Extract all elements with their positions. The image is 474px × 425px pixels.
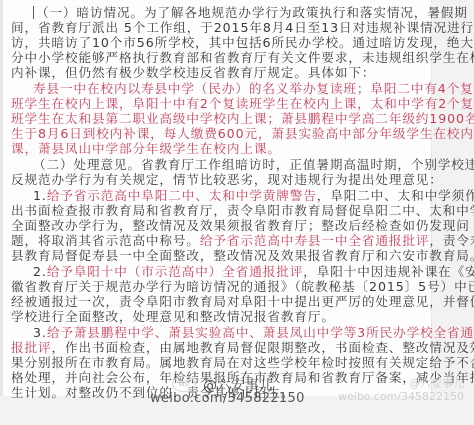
item-1-line: 全面整改办学行为，整改情况及效果须报省教育厅；整改后经检查如仍发现问 xyxy=(11,218,431,233)
line-text: ，责令寿 xyxy=(429,233,474,248)
paragraph-line: 分中小学校能够严格执行教育部和省教育厅有关文件要求，未违规组织学生在校 xyxy=(11,50,431,65)
line-text: ，阜阳十中因违规补课在《安 xyxy=(303,264,474,279)
item-2-line: 经被通报过一次，责令阜阳市教育局对阜阳十中提出更严厉的处理意见，并督促 xyxy=(11,294,431,309)
item-number: 3. xyxy=(33,325,47,340)
line-text: 题，将取消其省示范高中称号。 xyxy=(11,233,200,248)
paragraph-line: 间，省教育厅派出 5个工作组，于2015年8月4日至13日对违规补课情况进行了暗 xyxy=(11,20,431,35)
watermark-url: weibo.com/345822150 xyxy=(150,391,305,406)
highlighted-line: 寿县一中在校内以寿县中学（民办）的名义举办复读班；阜阳二中有4个复读 xyxy=(11,81,453,96)
highlighted-line: 班学生在太和县第二职业高级中学校内上课；萧县鹏程中学高二年级约1900名学 xyxy=(11,111,431,126)
item-1-line: 1.给予省示范高中阜阳二中、太和中学黄牌警告，阜阳二中、太和中学须作 xyxy=(11,188,453,203)
highlighted-text: 给予萧县鹏程中学、萧县实验高中、萧县凤山中学等3所民办学校全省通 xyxy=(47,325,474,340)
highlighted-line: 班学生在校内上课，阜阳十中有2个复读班学生在校内上课，太和中学有2个复读 xyxy=(11,96,431,111)
item-2-line: 学校进行全面整改，处理意见和整改情况报省教育厅。 xyxy=(11,309,431,324)
item-1-line: 出书面检查报市教育局和省教育厅，责令阜阳市教育局督促阜阳二中、太和中学 xyxy=(11,203,431,218)
highlighted-text: 给予阜阳十中（市示范高中）全省通报批评 xyxy=(47,264,303,279)
item-1-line: 县教育局督促寿县一中全面整改，整改情况及效果报省教育厅和六安市教育局。 xyxy=(11,248,431,263)
line-text: ，作出书面检查，由属地教育局督促限期整改，书面检查、整改情况及效 xyxy=(51,340,474,355)
highlighted-text: 给予省示范高中阜阳二中、太和中学黄牌警告 xyxy=(47,188,317,203)
item-number: 1. xyxy=(33,188,47,203)
line-text: ，阜阳二中、太和中学须作 xyxy=(317,188,474,203)
item-3-line: 报批评，作出书面检查，由属地教育局督促限期整改，书面检查、整改情况及效 xyxy=(11,340,431,355)
paragraph-line: （二）处理意见。省教育厅工作组暗访时，正值暑期高温时期，个别学校违 xyxy=(11,157,453,172)
item-2-line: 徽省教育厅关于规范办学行为暗访情况的通报》（皖教秘基〔2015〕5号）中已 xyxy=(11,279,431,294)
highlighted-line: 生于8月6日到校内补课，每人缴费600元，萧县实验高中部分年级学生在校内上 xyxy=(11,126,431,141)
item-2-line: 2.给予阜阳十中（市示范高中）全省通报批评，阜阳十中因违规补课在《安 xyxy=(11,264,453,279)
line-text: （一）暗访情况。为了解各地规范办学行为政策执行和落实情况，暑假期 xyxy=(36,5,468,20)
highlighted-line: 课，萧县凤山中学部分年级学生在校内上课。 xyxy=(11,141,431,156)
highlighted-text: 给予省示范高中寿县一中全省通报批评 xyxy=(200,233,429,248)
highlighted-text: 报批评 xyxy=(11,340,51,355)
text-cursor xyxy=(33,6,34,19)
ghost-watermark: @六安事儿weibo.com/345822150 xyxy=(338,377,464,403)
paragraph-line: （一）暗访情况。为了解各地规范办学行为政策执行和落实情况，暑假期 xyxy=(11,5,453,20)
paragraph-line: 访，共暗访了10个市56所学校，其中包括6所民办学校。通过暗访发现，绝大部 xyxy=(11,35,431,50)
item-1-line: 题，将取消其省示范高中称号。给予省示范高中寿县一中全省通报批评，责令寿 xyxy=(11,233,431,248)
weibo-logo-icon: wb xyxy=(172,376,196,392)
paragraph-line: 反规范办学行为有关规定，情节比较恶劣，现对违规行为提出处理意见： xyxy=(11,172,431,187)
item-number: 2. xyxy=(33,264,47,279)
item-3-line: 果分别报所在市教育局。属地教育局在对这些学校年检时按照有关规定给予不合 xyxy=(11,355,431,370)
ghost-url: weibo.com/345822150 xyxy=(338,390,464,403)
ghost-handle: @六安事儿 xyxy=(338,377,464,390)
document-page: （一）暗访情况。为了解各地规范办学行为政策执行和落实情况，暑假期 间，省教育厅派… xyxy=(0,0,432,396)
paragraph-line: 内补课，但仍然有极少数学校违反省教育厅规定。具体如下： xyxy=(11,65,431,80)
item-3-line: 3.给予萧县鹏程中学、萧县实验高中、萧县凤山中学等3所民办学校全省通 xyxy=(11,325,453,340)
